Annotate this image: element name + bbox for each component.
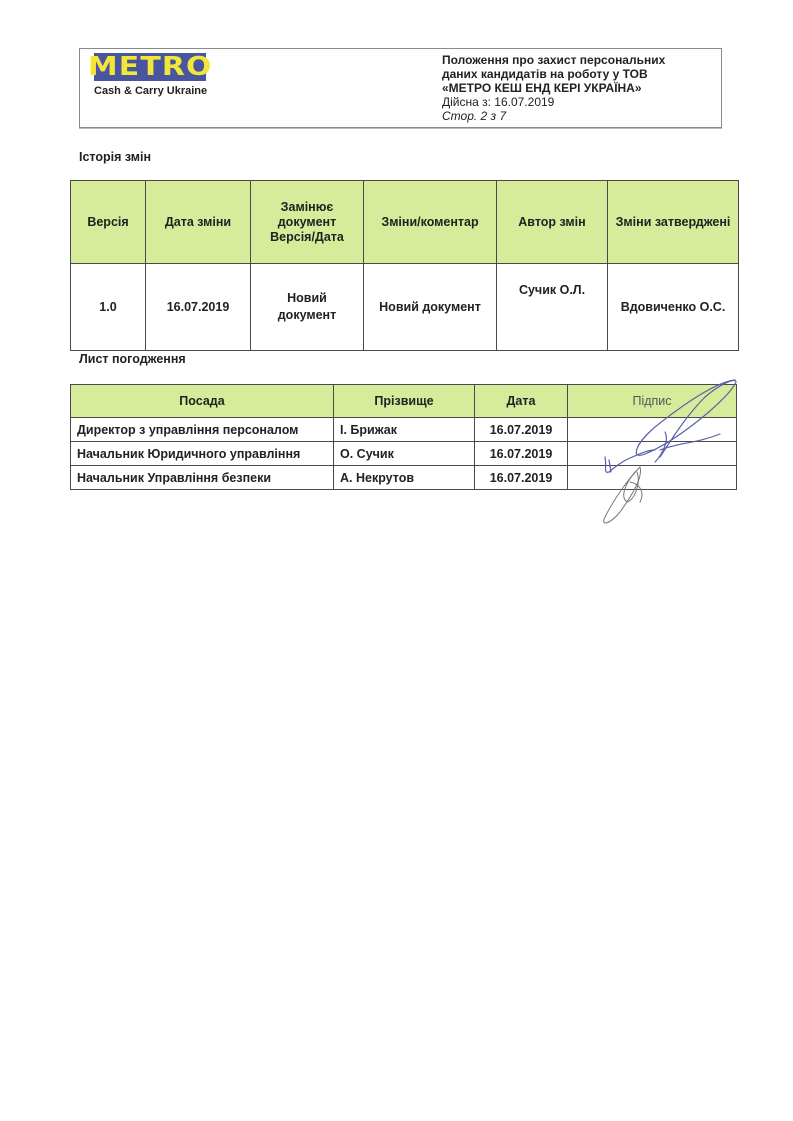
col-version: Версія — [71, 181, 146, 264]
cell-position: Директор з управління персоналом — [71, 418, 334, 442]
cell-position: Начальник Управління безпеки — [71, 466, 334, 490]
col-surname: Прізвище — [334, 385, 475, 418]
table-row: 1.0 16.07.2019 Новий документ Новий доку… — [71, 264, 739, 351]
col-change-date: Дата зміни — [146, 181, 251, 264]
logo-subtitle: Cash & Carry Ukraine — [94, 85, 207, 97]
approval-table: Посада Прізвище Дата Підпис Директор з у… — [70, 384, 737, 490]
cell-surname: О. Сучик — [334, 442, 475, 466]
document-header: METRO Cash & Carry Ukraine Положення про… — [79, 48, 722, 128]
table-header-row: Посада Прізвище Дата Підпис — [71, 385, 737, 418]
cell-date: 16.07.2019 — [475, 418, 568, 442]
table-header-row: Версія Дата зміни Замінює документ Версі… — [71, 181, 739, 264]
cell-date: 16.07.2019 — [146, 264, 251, 351]
cell-date: 16.07.2019 — [475, 466, 568, 490]
title-line-1: Положення про захист персональних — [442, 53, 665, 67]
history-section-title: Історія змін — [79, 150, 151, 164]
title-line-3: «МЕТРО КЕШ ЕНД КЕРІ УКРАЇНА» — [442, 81, 665, 95]
col-author: Автор змін — [497, 181, 608, 264]
change-history-table: Версія Дата зміни Замінює документ Версі… — [70, 180, 739, 351]
table-row: Начальник Управління безпеки А. Некрутов… — [71, 466, 737, 490]
cell-date: 16.07.2019 — [475, 442, 568, 466]
page-number: Стор. 2 з 7 — [442, 109, 665, 123]
table-row: Директор з управління персоналом І. Бриж… — [71, 418, 737, 442]
col-approved: Зміни затверджені — [608, 181, 739, 264]
col-position: Посада — [71, 385, 334, 418]
cell-surname: І. Брижак — [334, 418, 475, 442]
col-replaces: Замінює документ Версія/Дата — [251, 181, 364, 264]
approval-section-title: Лист погодження — [79, 352, 186, 366]
cell-approved: Вдовиченко О.С. — [608, 264, 739, 351]
metro-logo: METRO — [94, 53, 206, 81]
cell-comment: Новий документ — [364, 264, 497, 351]
cell-signature — [568, 418, 737, 442]
cell-author: Сучик О.Л. — [497, 264, 608, 351]
col-signature: Підпис — [568, 385, 737, 418]
cell-signature — [568, 442, 737, 466]
cell-surname: А. Некрутов — [334, 466, 475, 490]
logo-text: METRO — [88, 53, 213, 81]
document-title-block: Положення про захист персональних даних … — [442, 53, 665, 123]
valid-from: Дійсна з: 16.07.2019 — [442, 95, 665, 109]
cell-signature — [568, 466, 737, 490]
cell-version: 1.0 — [71, 264, 146, 351]
title-line-2: даних кандидатів на роботу у ТОВ — [442, 67, 665, 81]
table-row: Начальник Юридичного управління О. Сучик… — [71, 442, 737, 466]
col-date: Дата — [475, 385, 568, 418]
cell-replaces: Новий документ — [251, 264, 364, 351]
cell-position: Начальник Юридичного управління — [71, 442, 334, 466]
col-comment: Зміни/коментар — [364, 181, 497, 264]
